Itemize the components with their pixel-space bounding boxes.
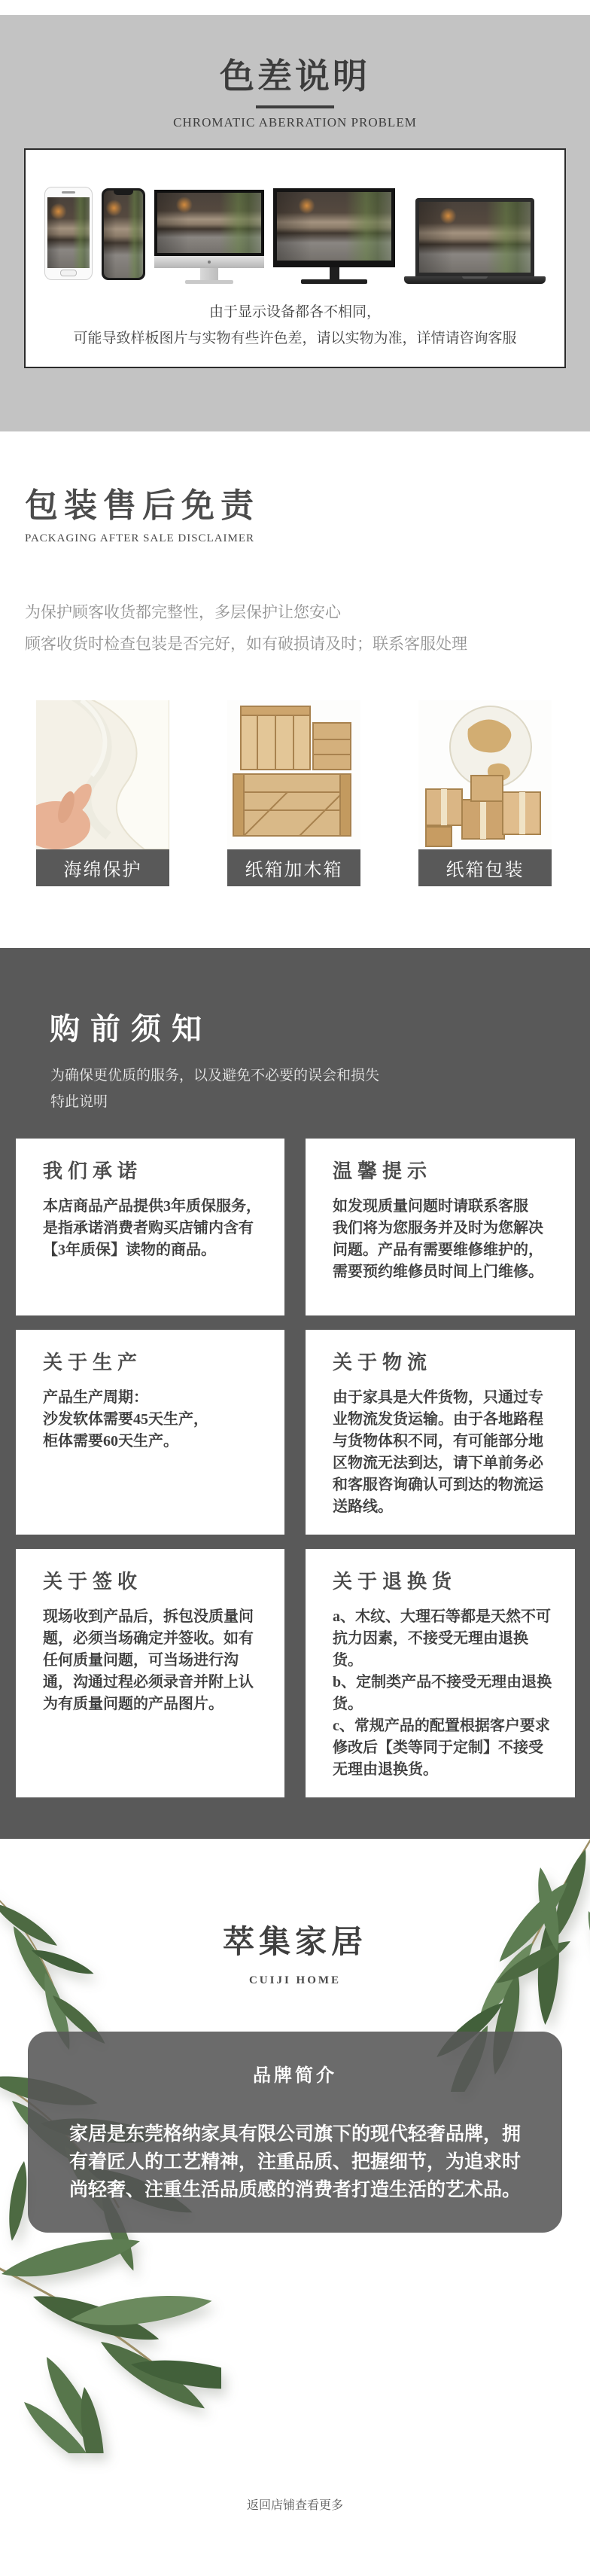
imac-image	[154, 190, 264, 284]
notice-card-title: 关于生产	[43, 1351, 263, 1375]
packaging-card-carton: 纸箱包装	[418, 700, 552, 886]
monitor-image	[273, 188, 395, 284]
packaging-title: 包装售后免责	[25, 487, 590, 525]
bedroom-photo	[47, 197, 90, 268]
chromatic-subtitle-en: CHROMATIC ABERRATION PROBLEM	[0, 114, 590, 130]
back-to-shop-link[interactable]: 返回店铺查看更多	[0, 2498, 590, 2514]
chromatic-title: 色差说明	[0, 54, 590, 99]
chromatic-note-line1: 由于显示设备都各不相同，	[26, 303, 564, 322]
packaging-desc-line2: 顾客收货时检查包装是否完好，如有破损请及时；联系客服处理	[25, 628, 590, 660]
title-underline	[256, 105, 334, 108]
brand-intro-body: 家居是东莞格纳家具有限公司旗下的现代轻奢品牌，拥有着匠人的工艺精神，注重品质、把…	[62, 2120, 528, 2204]
notice-card-text: c、常规产品的配置根据客户要求修改后【类等同于定制】不接受无理由退换货。	[333, 1715, 554, 1781]
packaging-card-crate: 纸箱加木箱	[227, 700, 360, 886]
packaging-desc-line1: 为保护顾客收货都完整性，多层保护让您安心	[25, 596, 590, 628]
brand-intro-title: 品牌简介	[28, 2032, 562, 2087]
brand-name-en: CUIJI HOME	[0, 1973, 590, 1988]
white-phone-image	[44, 187, 93, 280]
bedroom-photo	[157, 193, 261, 253]
notice-card-title: 关于退换货	[333, 1570, 554, 1594]
chromatic-section: 色差说明 CHROMATIC ABERRATION PROBLEM	[0, 15, 590, 431]
notice-card-text: 产品生产周期：	[43, 1387, 263, 1409]
purchase-notice-section: 购前须知 为确保更优质的服务，以及避免不必要的误会和损失 特此说明 我们承诺 本…	[0, 948, 590, 1839]
notice-card-grid: 我们承诺 本店商品产品提供3年质保服务，是指承诺消费者购买店铺内含有【3年质保】…	[16, 1139, 575, 1797]
notice-card-logistics: 关于物流 由于家具是大件货物，只通过专业物流发货运输。由于各地路程与货物体积不同…	[306, 1330, 575, 1535]
packaging-section: 包装售后免责 PACKAGING AFTER SALE DISCLAIMER 为…	[0, 431, 590, 948]
notice-subtitle-line1: 为确保更优质的服务，以及避免不必要的误会和损失	[50, 1062, 590, 1089]
notice-card-returns: 关于退换货 a、木纹、大理石等都是天然不可抗力因素，不接受无理由退换货。 b、定…	[306, 1549, 575, 1797]
notice-card-text: a、木纹、大理石等都是天然不可抗力因素，不接受无理由退换货。	[333, 1606, 554, 1672]
carton-globe-photo	[418, 700, 552, 849]
chromatic-note-line2: 可能导致样板图片与实物有些许色差，请以实物为准，详情请咨询客服	[26, 330, 564, 348]
imac-chin	[154, 256, 264, 268]
notice-card-text: 本店商品产品提供3年质保服务，是指承诺消费者购买店铺内含有【3年质保】读物的商品…	[43, 1196, 263, 1261]
packaging-card-label: 纸箱包装	[418, 849, 552, 886]
notice-card-text: 现场收到产品后，拆包没质量问题，必须当场确定并签收。如有任何质量问题，可当场进行…	[43, 1606, 263, 1715]
packaging-card-label: 海绵保护	[36, 849, 169, 886]
device-row	[26, 187, 564, 284]
bedroom-photo	[419, 202, 531, 273]
imac-base	[185, 280, 233, 284]
bedroom-photo	[277, 192, 391, 261]
notice-card-text: 由于家具是大件货物，只通过专业物流发货运输。由于各地路程与货物体积不同，有可能部…	[333, 1387, 554, 1518]
packaging-description: 为保护顾客收货都完整性，多层保护让您安心 顾客收货时检查包装是否完好，如有破损请…	[25, 596, 590, 660]
monitor-stand	[330, 267, 339, 279]
bedroom-photo	[104, 191, 143, 278]
notice-card-text: 柜体需要60天生产。	[43, 1431, 263, 1453]
sponge-protection-photo	[36, 700, 169, 849]
brand-name: 萃集家居	[0, 1839, 590, 1965]
product-detail-page: 色差说明 CHROMATIC ABERRATION PROBLEM	[0, 0, 590, 2576]
monitor-base	[301, 279, 367, 284]
laptop-keyboard-base	[404, 276, 546, 284]
notice-card-promise: 我们承诺 本店商品产品提供3年质保服务，是指承诺消费者购买店铺内含有【3年质保】…	[16, 1139, 284, 1315]
notice-card-text: 如发现质量问题时请联系客服	[333, 1196, 554, 1218]
notice-card-text: 我们将为您服务并及时为您解决问题。产品有需要维修维护的，需要预约维修员时间上门维…	[333, 1218, 554, 1283]
notice-card-tips: 温馨提示 如发现质量问题时请联系客服 我们将为您服务并及时为您解决问题。产品有需…	[306, 1139, 575, 1315]
packaging-card-label: 纸箱加木箱	[227, 849, 360, 886]
brand-section: 萃集家居 CUIJI HOME 品牌简介 家居是东莞格纳家具有限公司旗下的现代轻…	[0, 1839, 590, 2576]
notice-title: 购前须知	[50, 1008, 590, 1050]
notice-card-title: 我们承诺	[43, 1160, 263, 1184]
notice-card-title: 关于签收	[43, 1570, 263, 1594]
notice-card-sign: 关于签收 现场收到产品后，拆包没质量问题，必须当场确定并签收。如有任何质量问题，…	[16, 1549, 284, 1797]
black-phone-image	[102, 188, 145, 280]
packaging-cards: 海绵保护	[36, 700, 552, 886]
imac-stand	[200, 268, 218, 280]
packaging-subtitle-en: PACKAGING AFTER SALE DISCLAIMER	[25, 531, 590, 547]
notice-card-title: 温馨提示	[333, 1160, 554, 1184]
brand-intro-box: 品牌简介 家居是东莞格纳家具有限公司旗下的现代轻奢品牌，拥有着匠人的工艺精神，注…	[28, 2032, 562, 2233]
notice-card-text: 沙发软体需要45天生产，	[43, 1409, 263, 1431]
wooden-crate-photo	[227, 700, 360, 849]
packaging-card-sponge: 海绵保护	[36, 700, 169, 886]
notice-card-production: 关于生产 产品生产周期： 沙发软体需要45天生产， 柜体需要60天生产。	[16, 1330, 284, 1535]
notice-card-title: 关于物流	[333, 1351, 554, 1375]
notice-subtitle-line2: 特此说明	[50, 1089, 590, 1115]
laptop-image	[404, 198, 546, 284]
notice-subtitle: 为确保更优质的服务，以及避免不必要的误会和损失 特此说明	[50, 1062, 590, 1115]
notice-card-text: b、定制类产品不接受无理由退换货。	[333, 1672, 554, 1715]
device-display-box: 由于显示设备都各不相同， 可能导致样板图片与实物有些许色差，请以实物为准，详情请…	[24, 148, 566, 368]
